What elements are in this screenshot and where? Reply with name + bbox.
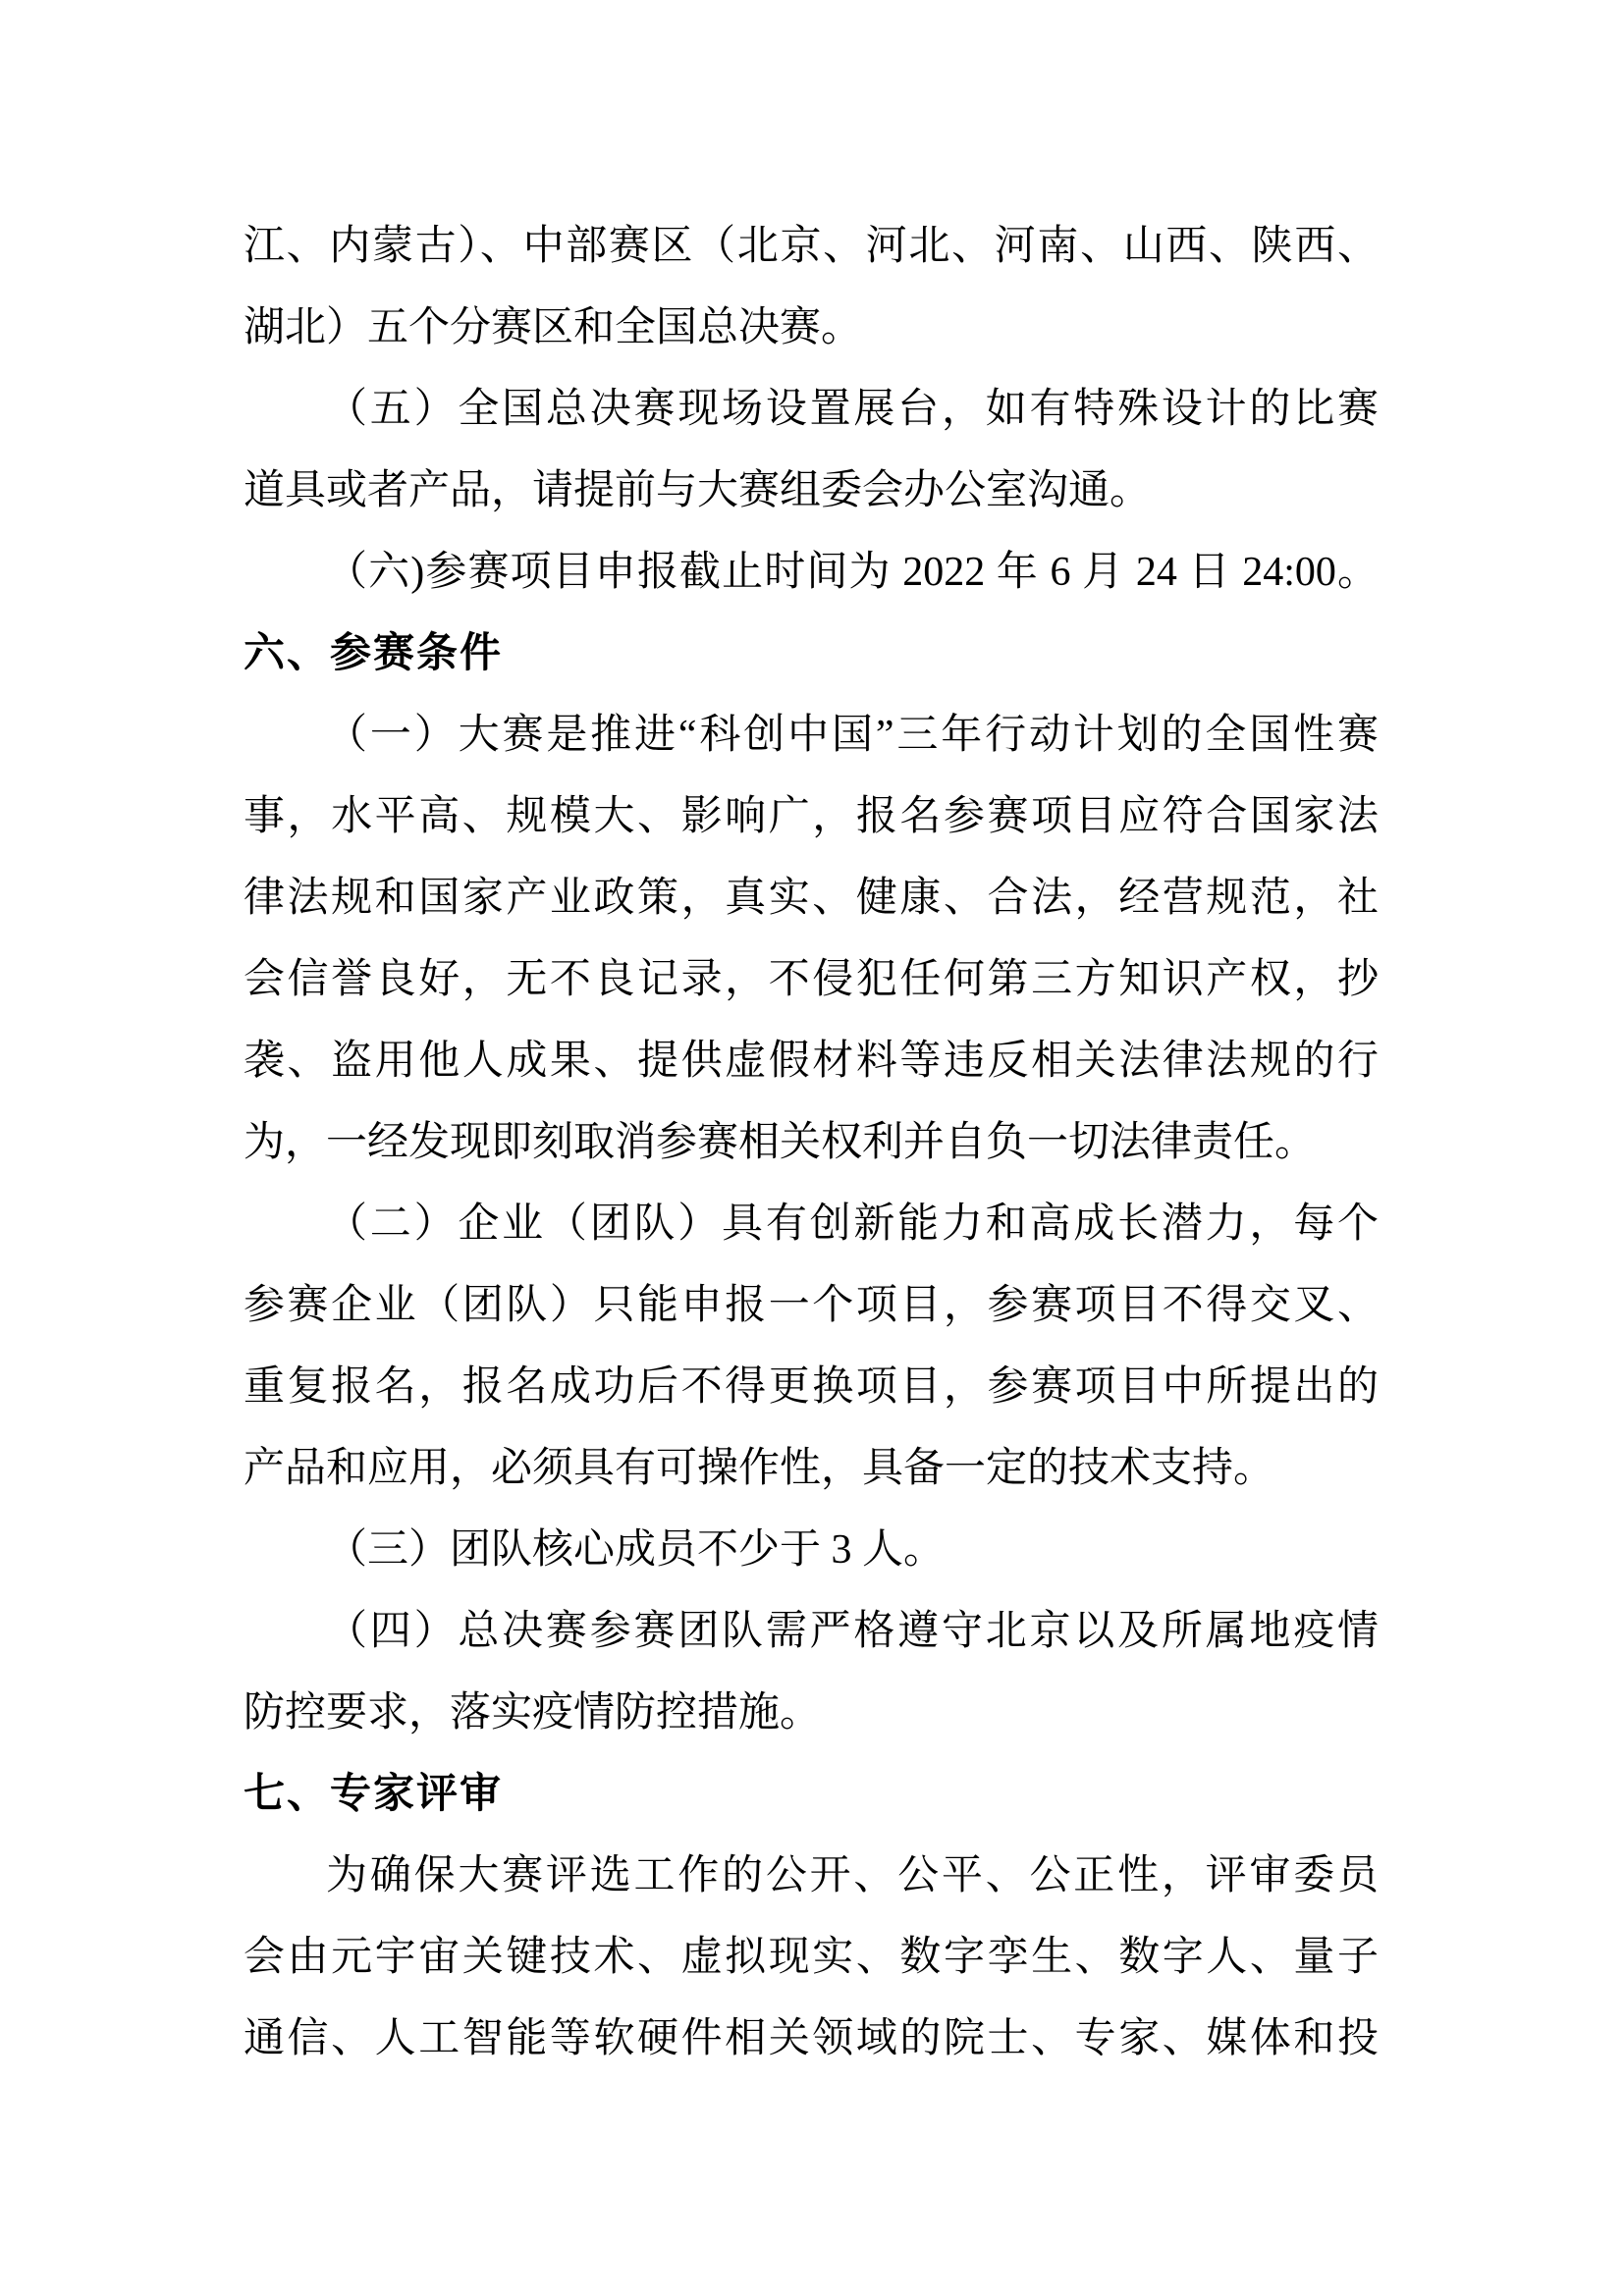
paragraph: 为确保大赛评选工作的公开、公平、公正性，评审委员会由元宇宙关键技术、虚拟现实、数… — [244, 1836, 1379, 2080]
paragraph: （三）团队核心成员不少于 3 人。 — [244, 1510, 1379, 1591]
text-line: 为确保大赛评选工作的公开、公平、公正性，评审委员 — [244, 1836, 1379, 1917]
text-line: 产品和应用，必须具有可操作性，具备一定的技术支持。 — [244, 1428, 1379, 1510]
text-line: （二）企业（团队）具有创新能力和高成长潜力，每个 — [244, 1184, 1379, 1265]
text-line: （六)参赛项目申报截止时间为 2022 年 6 月 24 日 24:00。 — [244, 532, 1379, 614]
paragraph: （四）总决赛参赛团队需严格遵守北京以及所属地疫情防控要求，落实疫情防控措施。 — [244, 1591, 1379, 1754]
text-line: （五）全国总决赛现场设置展台，如有特殊设计的比赛 — [244, 369, 1379, 451]
document-text-block: 江、内蒙古）、中部赛区（北京、河北、河南、山西、陕西、湖北）五个分赛区和全国总决… — [244, 206, 1379, 2080]
paragraph: （五）全国总决赛现场设置展台，如有特殊设计的比赛道具或者产品，请提前与大赛组委会… — [244, 369, 1379, 532]
text-line: （四）总决赛参赛团队需严格遵守北京以及所属地疫情 — [244, 1591, 1379, 1673]
text-line: 袭、盗用他人成果、提供虚假材料等违反相关法律法规的行 — [244, 1021, 1379, 1102]
paragraph: （六)参赛项目申报截止时间为 2022 年 6 月 24 日 24:00。 — [244, 532, 1379, 614]
heading-text-line: 七、专家评审 — [244, 1754, 1379, 1836]
text-line: 会信誉良好，无不良记录，不侵犯任何第三方知识产权，抄 — [244, 939, 1379, 1021]
text-line: 防控要求，落实疫情防控措施。 — [244, 1673, 1379, 1754]
text-line: 湖北）五个分赛区和全国总决赛。 — [244, 288, 1379, 369]
paragraph: （一）大赛是推进“科创中国”三年行动计划的全国性赛事，水平高、规模大、影响广，报… — [244, 695, 1379, 1184]
paragraph: （二）企业（团队）具有创新能力和高成长潜力，每个参赛企业（团队）只能申报一个项目… — [244, 1184, 1379, 1510]
document-page: 江、内蒙古）、中部赛区（北京、河北、河南、山西、陕西、湖北）五个分赛区和全国总决… — [0, 0, 1624, 2296]
text-line: 江、内蒙古）、中部赛区（北京、河北、河南、山西、陕西、 — [244, 206, 1379, 288]
text-line: 道具或者产品，请提前与大赛组委会办公室沟通。 — [244, 451, 1379, 532]
text-line: 重复报名，报名成功后不得更换项目，参赛项目中所提出的 — [244, 1347, 1379, 1428]
section-heading: 七、专家评审 — [244, 1754, 1379, 1836]
text-line: 会由元宇宙关键技术、虚拟现实、数字孪生、数字人、量子 — [244, 1917, 1379, 1999]
text-line: 律法规和国家产业政策，真实、健康、合法，经营规范，社 — [244, 858, 1379, 939]
section-heading: 六、参赛条件 — [244, 614, 1379, 695]
heading-text-line: 六、参赛条件 — [244, 614, 1379, 695]
text-line: 为，一经发现即刻取消参赛相关权利并自负一切法律责任。 — [244, 1102, 1379, 1184]
text-line: （三）团队核心成员不少于 3 人。 — [244, 1510, 1379, 1591]
text-line: 事，水平高、规模大、影响广，报名参赛项目应符合国家法 — [244, 776, 1379, 858]
text-line: 参赛企业（团队）只能申报一个项目，参赛项目不得交叉、 — [244, 1265, 1379, 1347]
paragraph: 江、内蒙古）、中部赛区（北京、河北、河南、山西、陕西、湖北）五个分赛区和全国总决… — [244, 206, 1379, 369]
text-line: （一）大赛是推进“科创中国”三年行动计划的全国性赛 — [244, 695, 1379, 776]
text-line: 通信、人工智能等软硬件相关领域的院士、专家、媒体和投 — [244, 1999, 1379, 2080]
